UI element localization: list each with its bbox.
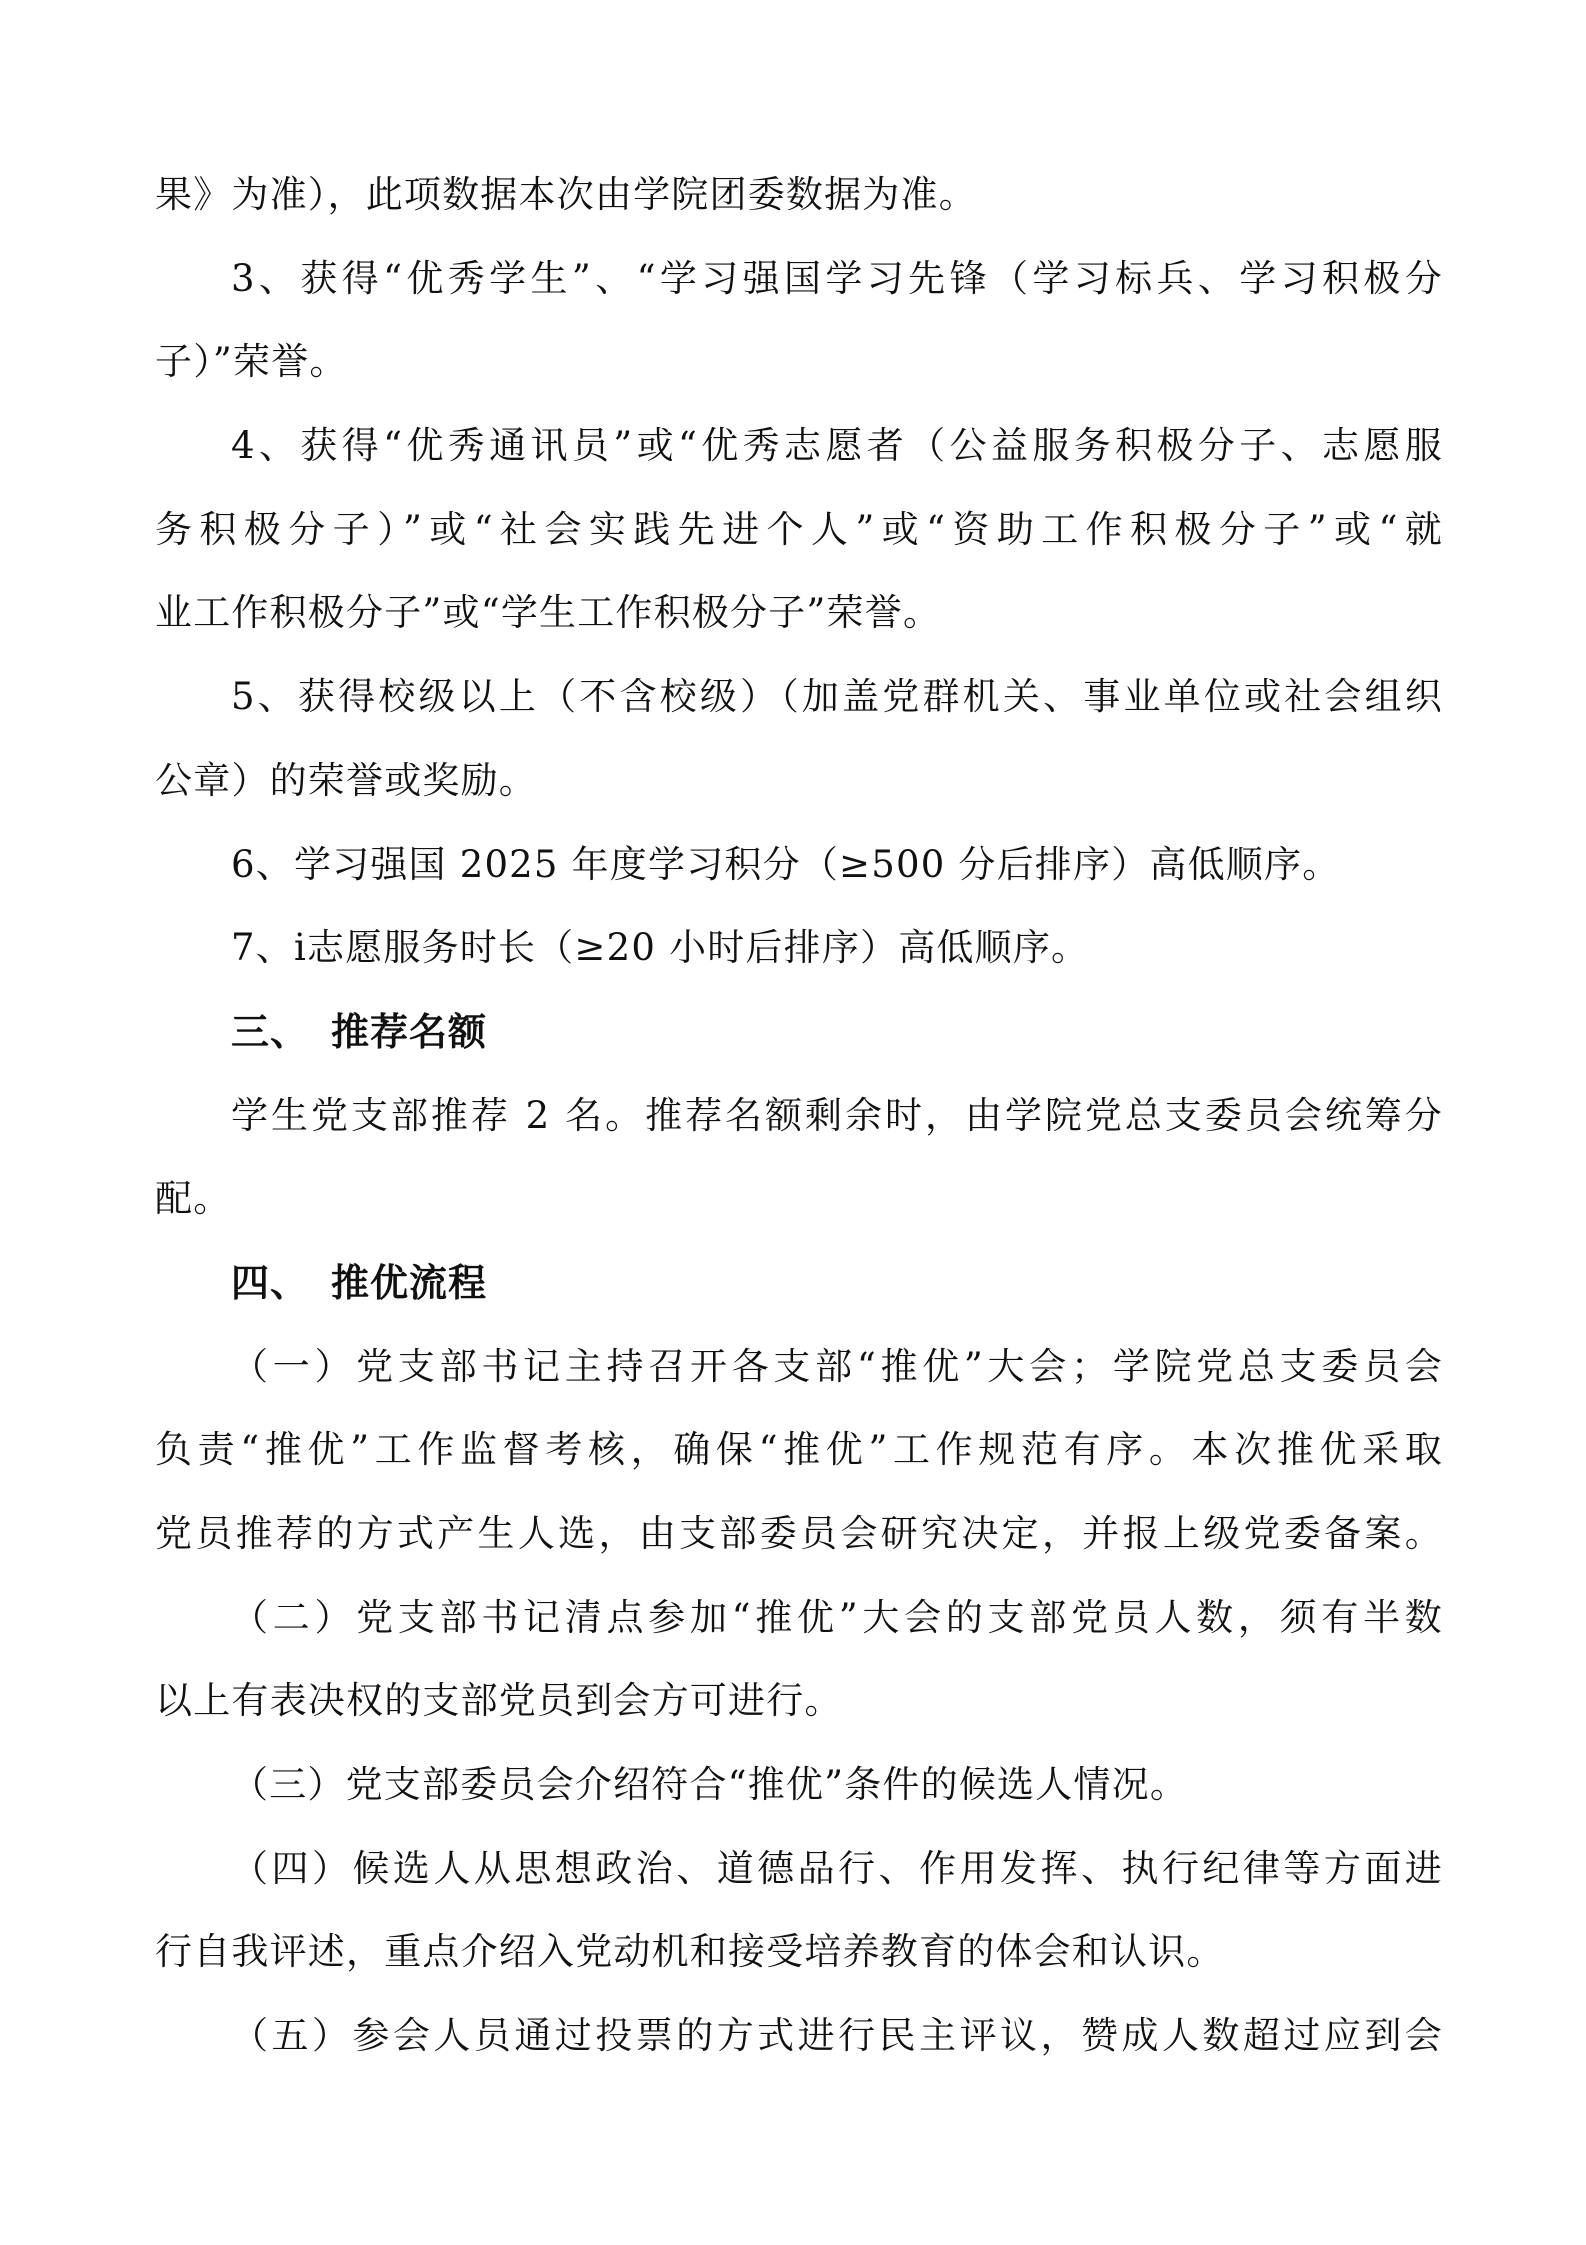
process-step-3: （三）党支部委员会介绍符合“推优”条件的候选人情况。: [155, 1756, 1443, 1840]
line-21: 行自我评述，重点介绍入党动机和接受培养教育的体会和认识。: [155, 1923, 1443, 2007]
criteria-item-3: 3、获得“优秀学生”、“学习强国学习先锋（学习标兵、学习积极分: [155, 250, 1443, 334]
process-step-1: （一）党支部书记主持召开各支部“推优”大会；学院党总支委员会: [155, 1338, 1443, 1422]
criteria-item-6: 6、学习强国 2025 年度学习积分（≥500 分后排序）高低顺序。: [155, 836, 1443, 920]
line-2: 子）”荣誉。: [155, 333, 1443, 417]
process-step-5: （五）参会人员通过投票的方式进行民主评议，赞成人数超过应到会: [155, 2007, 1443, 2091]
process-step-2: （二）党支部书记清点参加“推优”大会的支部党员人数，须有半数: [155, 1589, 1443, 1673]
line-12: 配。: [155, 1170, 1443, 1254]
criteria-item-5: 5、获得校级以上（不含校级）（加盖党群机关、事业单位或社会组织: [155, 668, 1443, 752]
quota-paragraph: 学生党支部推荐 2 名。推荐名额剩余时，由学院党总支委员会统筹分: [155, 1087, 1443, 1171]
section-number: 三、: [231, 1010, 309, 1054]
line-4: 务积极分子）”或“社会实践先进个人”或“资助工作积极分子”或“就: [155, 501, 1443, 585]
line-7: 公章）的荣誉或奖励。: [155, 752, 1443, 836]
process-step-4: （四）候选人从思想政治、道德品行、作用发挥、执行纪律等方面进: [155, 1840, 1443, 1924]
section-heading-process: 四、推优流程: [155, 1254, 1443, 1338]
line-16: 党员推荐的方式产生人选，由支部委员会研究决定，并报上级党委备案。: [155, 1505, 1443, 1589]
section-title: 推荐名额: [331, 1010, 487, 1054]
document-page: 果》为准），此项数据本次由学院团委数据为准。 3、获得“优秀学生”、“学习强国学…: [155, 166, 1443, 2091]
criteria-item-4: 4、获得“优秀通讯员”或“优秀志愿者（公益服务积极分子、志愿服: [155, 417, 1443, 501]
line-18: 以上有表决权的支部党员到会方可进行。: [155, 1672, 1443, 1756]
section-heading-quota: 三、推荐名额: [155, 1003, 1443, 1087]
section-number: 四、: [231, 1261, 309, 1305]
line-0: 果》为准），此项数据本次由学院团委数据为准。: [155, 166, 1443, 250]
line-15: 负责“推优”工作监督考核，确保“推优”工作规范有序。本次推优采取: [155, 1421, 1443, 1505]
section-title: 推优流程: [331, 1261, 487, 1305]
line-5: 业工作积极分子”或“学生工作积极分子”荣誉。: [155, 584, 1443, 668]
criteria-item-7: 7、i志愿服务时长（≥20 小时后排序）高低顺序。: [155, 919, 1443, 1003]
